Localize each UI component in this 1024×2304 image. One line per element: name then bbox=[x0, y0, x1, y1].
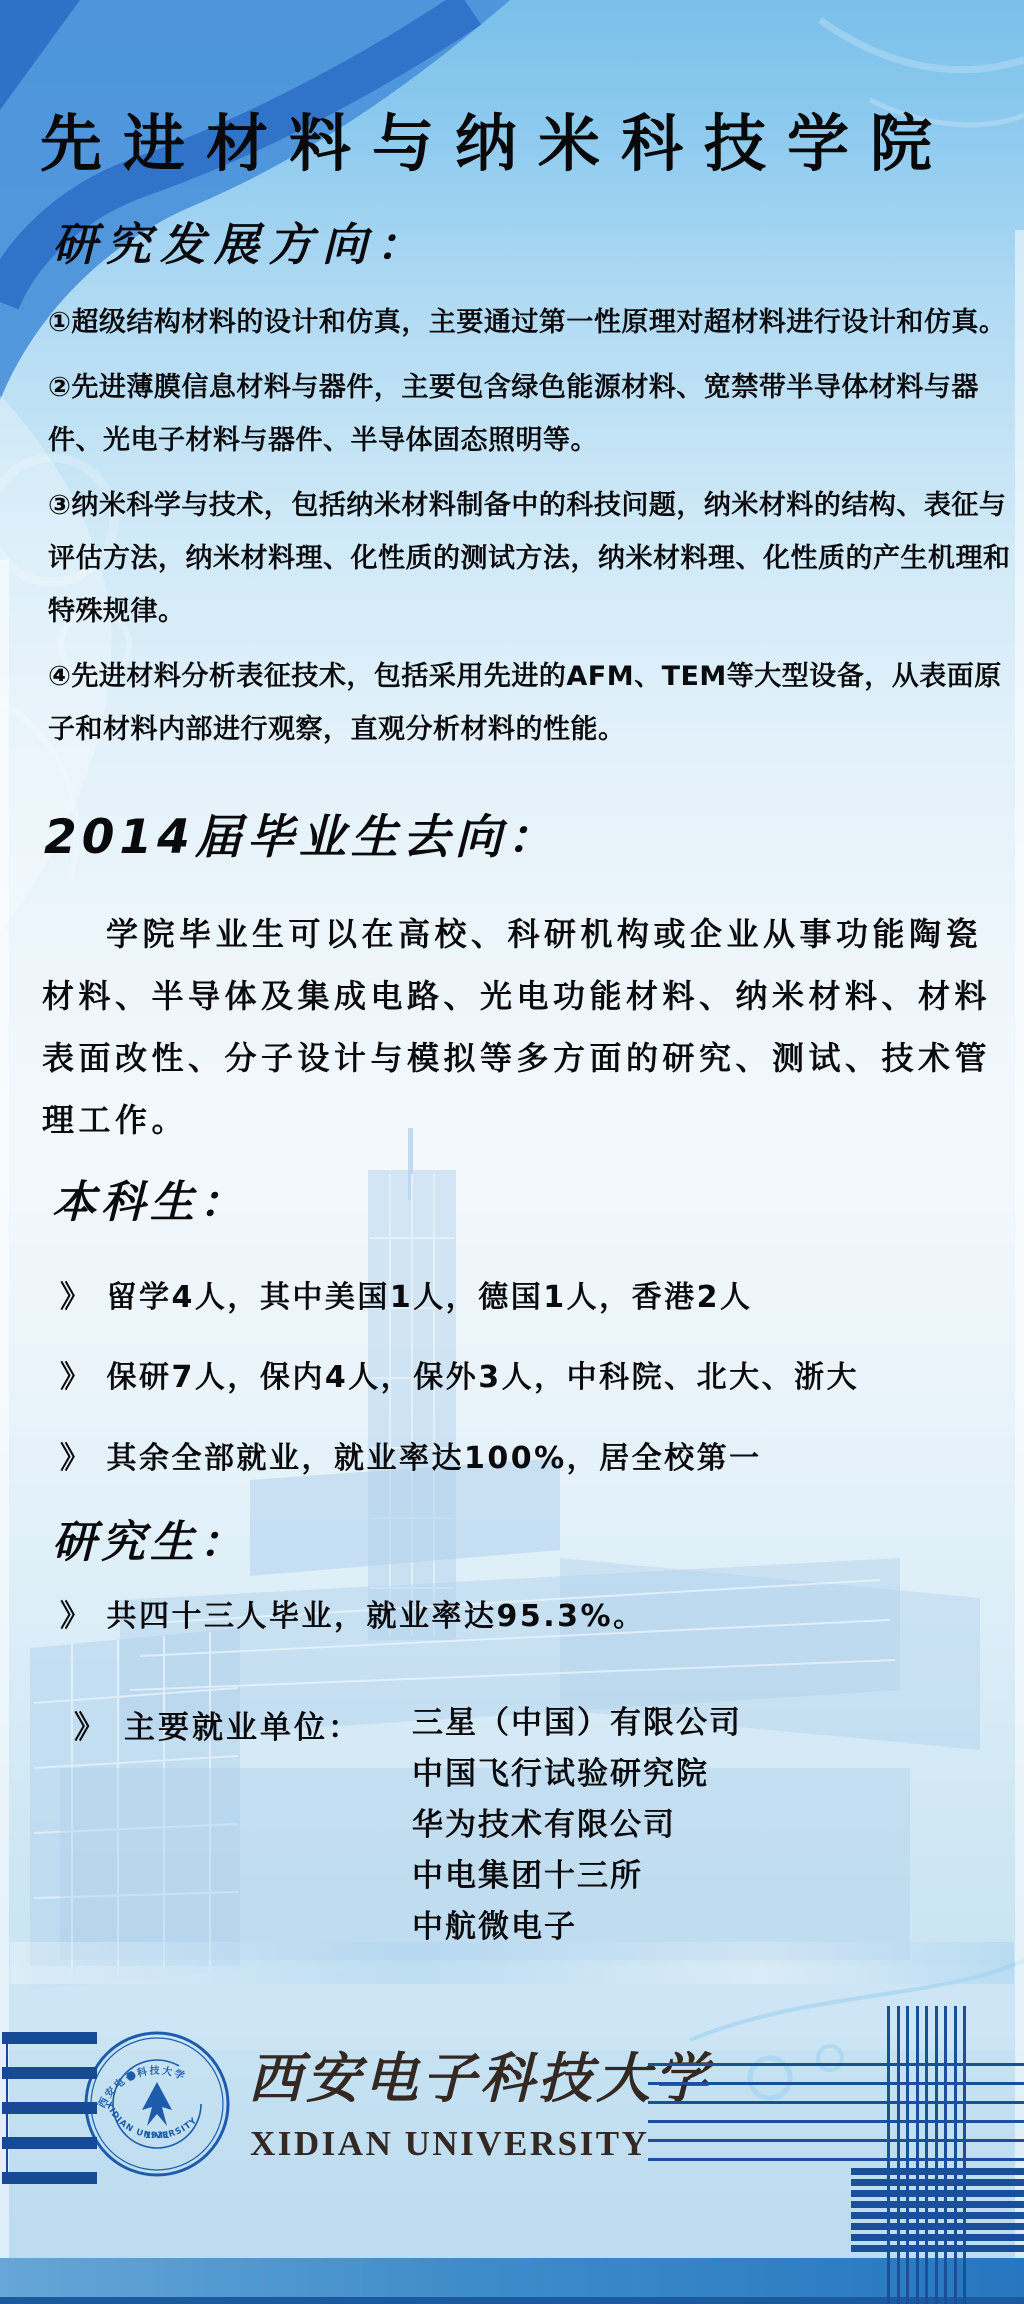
poster-root: 先进材料与纳米科技学院 研究发展方向： ①超级结构材料的设计和仿真，主要通过第一… bbox=[0, 0, 1024, 2304]
deco-hline bbox=[648, 2101, 1024, 2104]
undergrad-bullet-3-text: 其余全部就业，就业率达100%，居全校第一 bbox=[107, 1441, 762, 1476]
research-item-1: ①超级结构材料的设计和仿真，主要通过第一性原理对超材料进行设计和仿真。 bbox=[48, 296, 1012, 349]
undergrad-bullet-2: 》保研7人，保内4人，保外3人，中科院、北大、浙大 bbox=[60, 1352, 859, 1396]
postgrad-heading: 研究生： bbox=[52, 1506, 248, 1570]
deco-left-bar bbox=[2, 2172, 97, 2184]
employers-list: 三星（中国）有限公司 中国飞行试验研究院 华为技术有限公司 中电集团十三所 中航… bbox=[412, 1698, 742, 1953]
bullet-marker: 》 bbox=[60, 1441, 93, 1476]
research-item-2: ②先进薄膜信息材料与器件，主要包含绿色能源材料、宽禁带半导体材料与器件、光电子材… bbox=[48, 361, 1012, 467]
deco-vline bbox=[954, 2006, 957, 2304]
deco-hline bbox=[648, 2120, 1024, 2123]
bullet-marker: 》 bbox=[60, 1280, 93, 1315]
deco-vline bbox=[925, 2006, 928, 2304]
employers-label: 》主要就业单位： bbox=[74, 1702, 362, 1747]
employer-1: 三星（中国）有限公司 bbox=[412, 1698, 742, 1749]
employer-3: 华为技术有限公司 bbox=[412, 1800, 742, 1851]
right-edge-strip bbox=[1015, 230, 1024, 2304]
deco-vline bbox=[897, 2006, 900, 2304]
deco-hline bbox=[648, 2139, 1024, 2142]
bottom-band-edge bbox=[0, 2297, 1024, 2304]
graduates-intro-paragraph: 学院毕业生可以在高校、科研机构或企业从事功能陶瓷材料、半导体及集成电路、光电功能… bbox=[42, 903, 1010, 1151]
deco-hline bbox=[648, 2063, 1024, 2066]
poster-title: 先进材料与纳米科技学院 bbox=[40, 94, 992, 183]
deco-left-bar bbox=[2, 2137, 97, 2149]
deco-hline bbox=[648, 2082, 1024, 2085]
deco-left-bar bbox=[2, 2067, 97, 2079]
university-name-calligraphy: 西安电子科技大学 bbox=[248, 2036, 712, 2113]
deco-vline bbox=[916, 2006, 919, 2304]
postgrad-bullet-1: 》共四十三人毕业，就业率达95.3%。 bbox=[60, 1591, 646, 1635]
employers-label-text: 主要就业单位： bbox=[124, 1710, 362, 1746]
deco-vline bbox=[963, 2006, 966, 2304]
deco-left-bar bbox=[2, 2032, 97, 2044]
deco-vline bbox=[906, 2006, 909, 2304]
graduates-2014-heading: 2014届毕业生去向： bbox=[44, 800, 559, 867]
undergrad-bullet-1: 》留学4人，其中美国1人，德国1人，香港2人 bbox=[60, 1272, 753, 1316]
research-direction-list: ①超级结构材料的设计和仿真，主要通过第一性原理对超材料进行设计和仿真。 ②先进薄… bbox=[48, 296, 1012, 768]
research-item-3: ③纳米科学与技术，包括纳米材料制备中的科技问题，纳米材料的结构、表征与评估方法，… bbox=[48, 479, 1012, 638]
undergrad-bullet-1-text: 留学4人，其中美国1人，德国1人，香港2人 bbox=[107, 1280, 753, 1315]
undergrad-heading: 本科生： bbox=[52, 1166, 248, 1230]
deco-left-bar bbox=[2, 2102, 97, 2114]
bullet-marker: 》 bbox=[60, 1360, 93, 1395]
seal-eagle-icon bbox=[142, 2082, 172, 2126]
research-item-4: ④先进材料分析表征技术，包括采用先进的AFM、TEM等大型设备，从表面原子和材料… bbox=[48, 650, 1012, 756]
undergrad-bullet-3: 》其余全部就业，就业率达100%，居全校第一 bbox=[60, 1433, 762, 1477]
bullet-marker: 》 bbox=[74, 1710, 108, 1746]
university-name-english: XIDIAN UNIVERSITY bbox=[250, 2124, 649, 2164]
undergrad-bullet-2-text: 保研7人，保内4人，保外3人，中科院、北大、浙大 bbox=[107, 1360, 860, 1395]
employer-2: 中国飞行试验研究院 bbox=[412, 1749, 742, 1800]
bullet-marker: 》 bbox=[60, 1599, 93, 1634]
university-seal-icon: 1931 西安电子科技大学 XIDIAN UNIVERSITY bbox=[82, 2026, 232, 2180]
employer-4: 中电集团十三所 bbox=[412, 1851, 742, 1902]
deco-vline bbox=[944, 2006, 947, 2304]
deco-vline bbox=[887, 2006, 890, 2304]
employer-5: 中航微电子 bbox=[412, 1902, 742, 1953]
deco-vline bbox=[935, 2006, 938, 2304]
research-heading: 研究发展方向： bbox=[52, 208, 430, 273]
deco-hline bbox=[648, 2158, 1024, 2161]
postgrad-bullet-1-text: 共四十三人毕业，就业率达95.3%。 bbox=[107, 1599, 646, 1634]
